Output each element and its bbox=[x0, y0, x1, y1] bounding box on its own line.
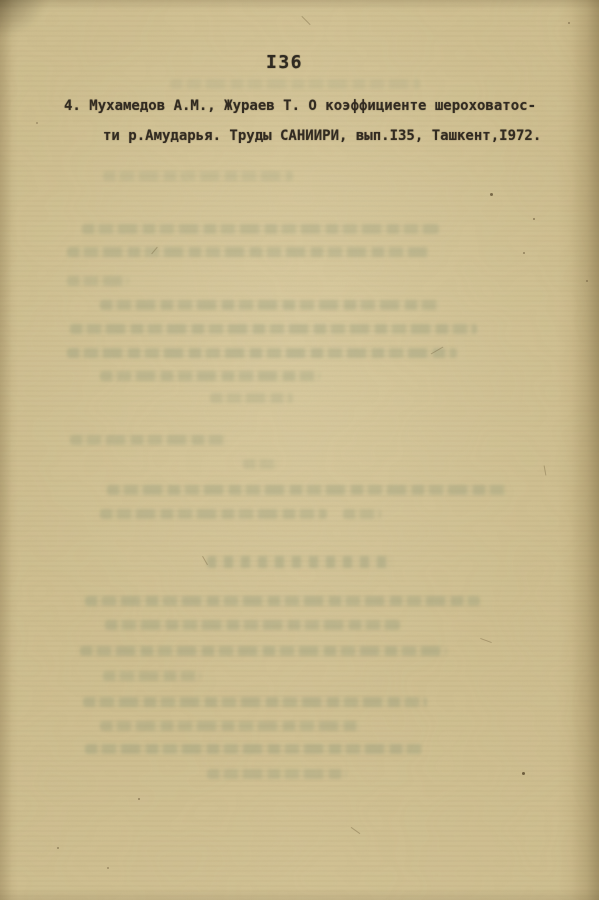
ghost-text-line bbox=[85, 596, 480, 606]
ghost-text-line bbox=[107, 485, 507, 495]
speck bbox=[533, 218, 535, 220]
speck bbox=[490, 193, 493, 196]
ghost-text-line bbox=[105, 620, 400, 630]
page-edge-shadow-bottom bbox=[0, 888, 599, 900]
speck bbox=[57, 847, 59, 849]
page-edge-shadow-left bbox=[0, 0, 12, 900]
bibliography-entry: 4. Мухамедов А.М., Жураев Т. О коэффицие… bbox=[64, 91, 541, 151]
page-edge-shadow-right bbox=[571, 0, 599, 900]
ghost-text-line bbox=[82, 224, 439, 234]
paper-fiber bbox=[480, 638, 492, 643]
paper-fiber bbox=[351, 827, 361, 834]
ghost-text-line bbox=[67, 276, 129, 286]
ghost-text-line bbox=[67, 348, 457, 358]
ghost-text-line bbox=[210, 393, 293, 403]
ghost-heading-line bbox=[207, 556, 393, 568]
corner-smudge bbox=[0, 0, 48, 38]
ghost-text-line bbox=[170, 79, 420, 89]
ghost-text-line bbox=[207, 769, 347, 779]
ghost-text-line bbox=[103, 671, 201, 681]
ghost-text-line bbox=[67, 247, 429, 257]
ghost-text-line bbox=[103, 171, 293, 181]
speck bbox=[36, 122, 38, 124]
ghost-text-line bbox=[100, 371, 320, 381]
paper-fiber bbox=[301, 16, 310, 25]
scanned-document-page: I36 4. Мухамедов А.М., Жураев Т. О коэфф… bbox=[0, 0, 599, 900]
page-edge-shadow-top bbox=[0, 0, 599, 10]
ghost-text-line bbox=[80, 646, 447, 656]
speck bbox=[586, 280, 588, 282]
ghost-text-line bbox=[85, 744, 423, 754]
ghost-text-line bbox=[70, 435, 227, 445]
paper-fiber bbox=[544, 465, 547, 475]
ghost-text-line bbox=[100, 721, 360, 731]
page-number: I36 bbox=[266, 52, 303, 73]
ghost-text-line bbox=[100, 300, 440, 310]
bibliography-entry-line2: ти р.Амударья. Труды САНИИРИ, вып.I35, Т… bbox=[64, 121, 541, 151]
bibliography-entry-line1: 4. Мухамедов А.М., Жураев Т. О коэффицие… bbox=[64, 91, 541, 121]
speck bbox=[107, 867, 109, 869]
ghost-text-line bbox=[243, 459, 279, 469]
ghost-text-line bbox=[100, 509, 327, 519]
ghost-text-line bbox=[83, 697, 427, 707]
speck bbox=[522, 772, 525, 775]
speck bbox=[523, 252, 525, 254]
speck bbox=[138, 798, 140, 800]
ghost-text-line bbox=[70, 324, 477, 334]
ghost-text-line bbox=[343, 509, 381, 519]
speck bbox=[568, 22, 570, 24]
